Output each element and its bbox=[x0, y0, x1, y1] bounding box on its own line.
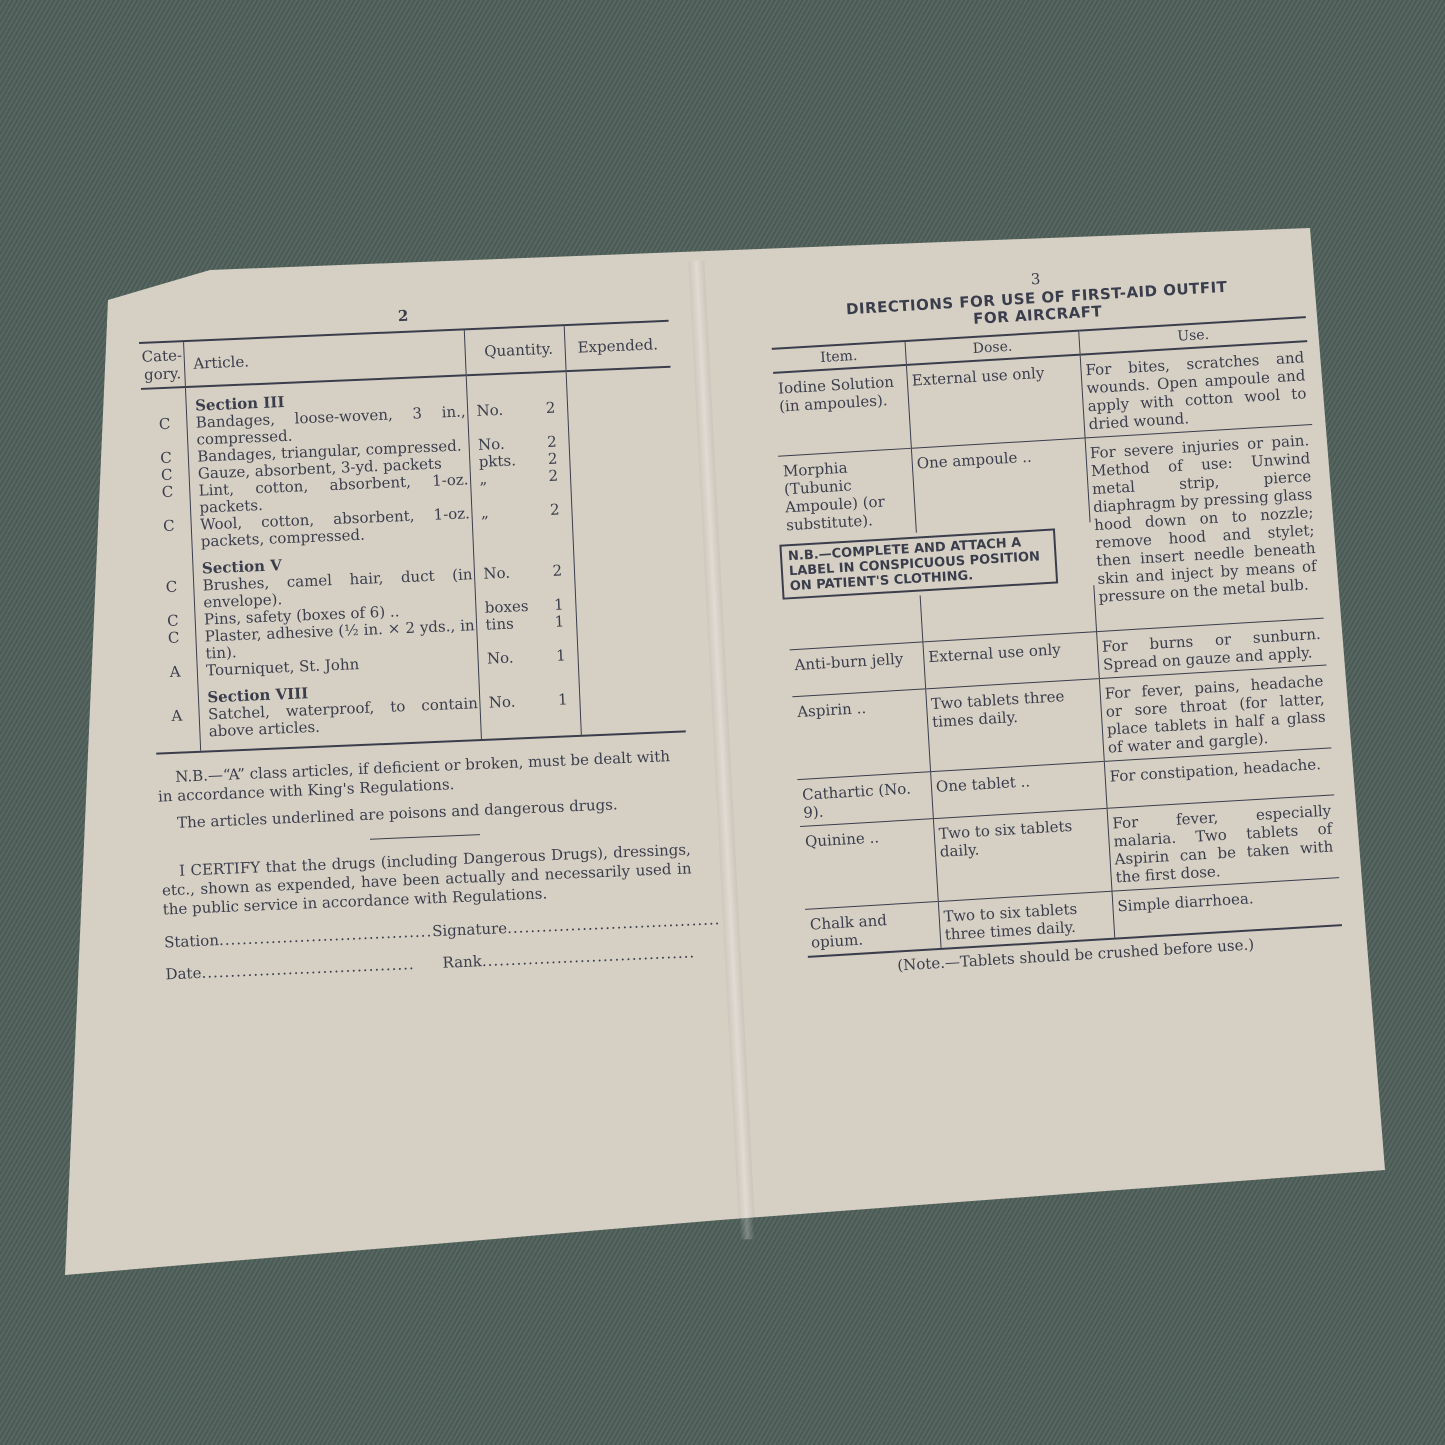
table-row: Morphia (Tubunic Ampoule) (or substitute… bbox=[778, 424, 1324, 649]
signature-row-1: Station.................................… bbox=[164, 911, 694, 951]
header-category: Cate-gory. bbox=[139, 342, 186, 389]
certify-statement: I CERTIFY that the drugs (including Dang… bbox=[161, 840, 693, 919]
page-3: 3 DIRECTIONS FOR USE OF FIRST-AID OUTFIT… bbox=[768, 254, 1343, 980]
notes: N.B.—“A” class articles, if deficient or… bbox=[157, 746, 693, 919]
header-expended: Expended. bbox=[565, 322, 671, 371]
signature-field[interactable]: Signature...............................… bbox=[432, 910, 721, 940]
separator bbox=[370, 834, 480, 840]
station-field[interactable]: Station.................................… bbox=[164, 922, 433, 951]
inventory-table: Cate-gory. Article. Quantity. Expended. … bbox=[139, 322, 686, 753]
directions-table: Item. Dose. Use. Iodine Solution (in amp… bbox=[772, 316, 1342, 956]
page-2: 2 Cate-gory. Article. Quantity. Expended… bbox=[138, 296, 695, 984]
header-quantity: Quantity. bbox=[465, 326, 567, 375]
